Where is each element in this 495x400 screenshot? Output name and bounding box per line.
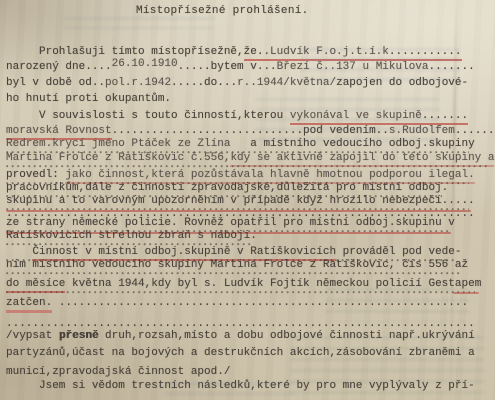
text-segment: partyzánů,účast na bojových a destrukční… xyxy=(6,347,475,359)
doc-line: zatčen. ................................… xyxy=(6,298,468,310)
text-segment: ........................................… xyxy=(52,297,468,309)
doc-line: Martina Frolce z Ratíškovic č.556,kdy se… xyxy=(6,153,494,165)
doc-line: ze strany německé policie. Rovněž opatři… xyxy=(6,218,455,230)
text-segment: druh,rozsah,místo a dobu odbojové činnos… xyxy=(98,330,474,342)
doc-line: byl v době od..pol.r.1942.....do...r..19… xyxy=(6,78,468,90)
text-segment: pol.r.1942 xyxy=(105,77,171,89)
text-segment: ...... xyxy=(455,125,495,137)
text-segment: byl v době od.. xyxy=(6,77,105,89)
text-segment: zatčen. xyxy=(6,297,52,313)
document-body: Prohlašuji tímto místopřísežně,že..Ludví… xyxy=(0,0,495,400)
text-segment: ........................................… xyxy=(6,318,475,330)
text-segment: s.Rudolfem xyxy=(389,125,455,137)
text-segment: ....... xyxy=(422,110,468,125)
text-segment: pracovníkům,dále z činnosti zpravodajské… xyxy=(6,182,448,194)
text-segment: skupinu a to varovným upozorněním v příp… xyxy=(6,195,475,207)
text-segment: r..1944/května/ xyxy=(237,77,336,89)
doc-line: narozený dne....26.10.1910.....bytem v..… xyxy=(6,62,475,74)
text-segment: V souvislosti s touto činností,kterou xyxy=(6,110,290,122)
text-segment: do měsíce xyxy=(6,278,65,293)
text-segment: Ludvík F.o.j.t.í.k xyxy=(270,46,389,61)
text-segment: .............................pod vedením… xyxy=(112,125,389,137)
text-segment: Březí č..137 u Mikulova xyxy=(277,61,429,73)
text-segment: přesně xyxy=(59,330,99,342)
doc-line: do měsíce května 1944,kdy byl s. Ludvík … xyxy=(6,279,481,291)
doc-line: provedl: jako činnost,která pozůstávala … xyxy=(6,170,475,182)
doc-line: Prohlašuji tímto místopřísežně,že..Ludví… xyxy=(6,47,462,59)
text-segment: ........... xyxy=(389,46,462,61)
text-segment: že.. xyxy=(244,46,270,61)
doc-line: Ratíškovicích střelnou zbraň s náboji. xyxy=(6,231,257,243)
doc-line: municí,zpravodajská činnost apod./ xyxy=(6,367,230,379)
doc-line: ho hnutí proti okupantům. xyxy=(6,94,171,106)
text-segment: a místního vedoucího odboj.skupiny xyxy=(230,138,474,150)
text-segment: narozený dne.... xyxy=(6,61,112,73)
text-segment: provedl: xyxy=(6,169,65,181)
doc-line: partyzánů,účast na bojových a destrukční… xyxy=(6,348,475,360)
text-segment: 26.10.1910 xyxy=(112,58,178,70)
scanned-affidavit-page: Místopřísežné prohlášení. Prohlašuji tím… xyxy=(0,0,495,400)
text-segment: municí,zpravodajská činnost apod./ xyxy=(6,366,230,378)
text-segment: prováděl pod vede- xyxy=(336,246,461,258)
doc-line: Redrem.krycí jméno Ptáček ze Zlína a mís… xyxy=(6,139,475,151)
text-segment: vykonával ve skupině xyxy=(290,110,422,125)
text-segment: Redrem.krycí jméno Ptáček ze Zlína xyxy=(6,138,230,150)
doc-line: Činnost v místní odboj.skupině v Ratíško… xyxy=(6,247,461,259)
doc-line: /vypsat přesně druh,rozsah,místo a dobu … xyxy=(6,331,475,343)
text-segment: Prohlašuji tímto místopřísežně, xyxy=(6,46,244,58)
text-segment: kdy se aktívně zapojil do této skupiny a xyxy=(230,152,494,167)
text-segment: Ratíškovicích střelnou zbraň s náboji. xyxy=(6,230,257,242)
doc-line: ním místního vedoucího skupiny Martina F… xyxy=(6,260,468,272)
doc-line: pracovníkům,dále z činnosti zpravodajské… xyxy=(6,183,448,195)
doc-line: Jsem si vědom trestních následků,které b… xyxy=(6,381,475,393)
text-segment: Jsem si vědom trestních následků,které b… xyxy=(6,380,475,392)
text-segment: ho hnutí proti okupantům. xyxy=(6,93,171,105)
text-segment: .....bytem v... xyxy=(178,61,277,73)
text-segment: ....... xyxy=(429,61,475,73)
text-segment: Martina Frolce z Ratíškovic č.556, xyxy=(6,152,230,164)
text-segment: .....do... xyxy=(171,77,237,89)
doc-line: skupinu a to varovným upozorněním v příp… xyxy=(6,196,475,208)
text-segment: zapojen do odbojové- xyxy=(336,77,468,89)
text-segment: /vypsat xyxy=(6,330,59,342)
text-segment: května 1944,kdy byl s. Ludvík Fojtík něm… xyxy=(65,278,481,290)
doc-line: V souvislosti s touto činností,kterou vy… xyxy=(6,111,468,123)
doc-line: moravská Rovnost........................… xyxy=(6,126,495,138)
text-segment: ze strany německé policie. Rovněž opatři… xyxy=(6,217,455,229)
text-segment: ním místního vedoucího skupiny Martina F… xyxy=(6,259,468,271)
text-segment xyxy=(6,246,32,258)
